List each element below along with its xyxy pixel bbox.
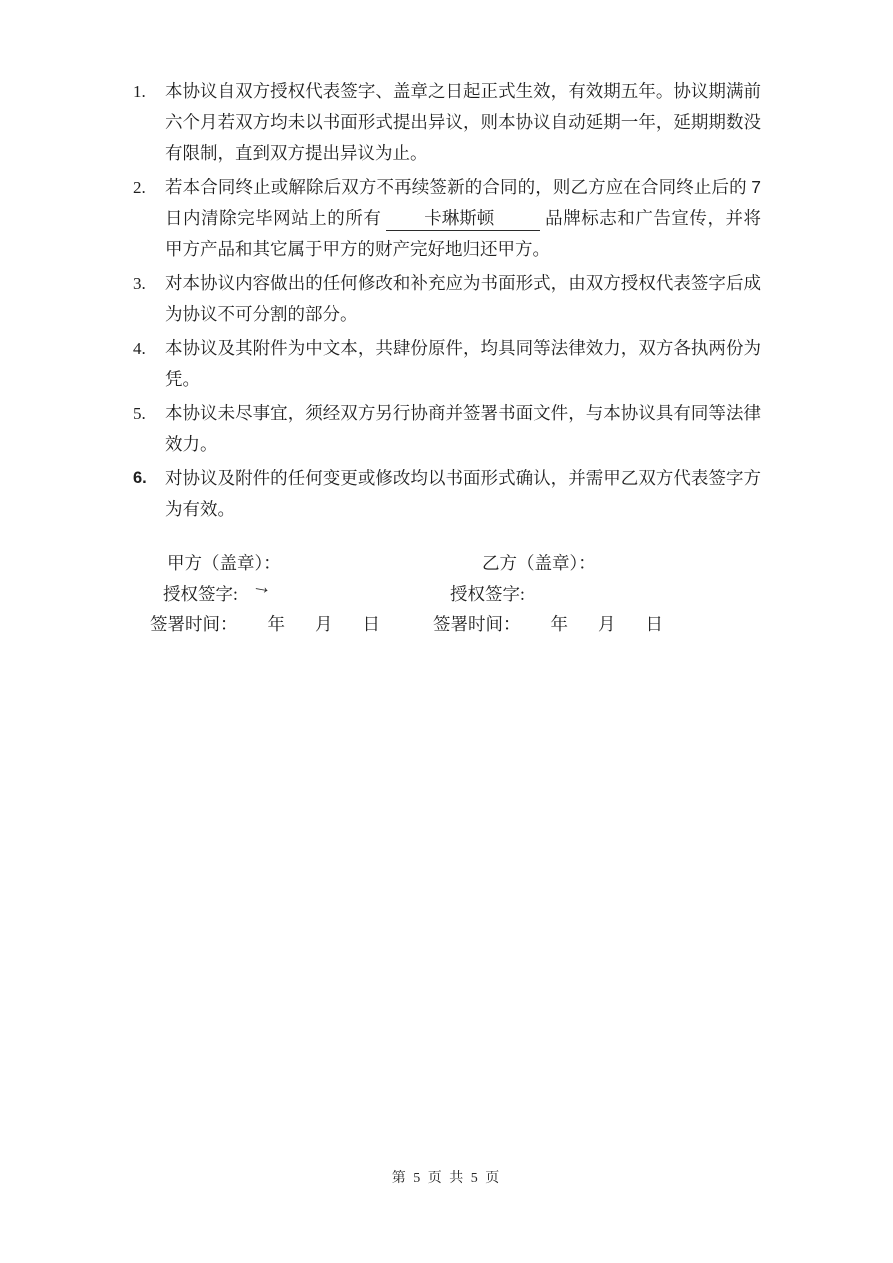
- year-label: 年: [551, 614, 569, 634]
- party-a-seal-label: 甲方（盖章）：: [167, 550, 281, 575]
- party-b-sign-label: 授权签字:: [450, 581, 525, 606]
- item-number: 2.: [133, 172, 165, 265]
- day-label: 日: [646, 614, 664, 634]
- month-label: 月: [598, 614, 616, 634]
- handwritten-arrow-mark: →: [250, 574, 274, 600]
- list-item: 6. 对协议及附件的任何变更或修改均以书面形式确认，并需甲乙双方代表签字方为有效…: [133, 463, 761, 525]
- item-text-segment: 日内清除完毕网站上的所有: [165, 208, 386, 228]
- party-a-date-row: 签署时间：年月日: [150, 611, 380, 636]
- item-text: 本协议自双方授权代表签字、盖章之日起正式生效，有效期五年。协议期满前六个月若双方…: [165, 76, 761, 169]
- signature-block: 甲方（盖章）： 乙方（盖章）： 授权签字: → 授权签字: 签署时间：年月日 签…: [0, 545, 893, 655]
- page-footer: 第 5 页 共 5 页: [0, 1167, 893, 1187]
- list-item: 1. 本协议自双方授权代表签字、盖章之日起正式生效，有效期五年。协议期满前六个月…: [133, 76, 761, 169]
- list-item: 5. 本协议未尽事宜，须经双方另行协商并签署书面文件，与本协议具有同等法律效力。: [133, 398, 761, 460]
- item-number: 3.: [133, 268, 165, 330]
- list-item: 2. 若本合同终止或解除后双方不再续签新的合同的，则乙方应在合同终止后的 7 日…: [133, 172, 761, 265]
- item-number: 4.: [133, 333, 165, 395]
- item-text: 对本协议内容做出的任何修改和补充应为书面形式，由双方授权代表签字后成为协议不可分…: [165, 268, 761, 330]
- item-text-segment: 若本合同终止或解除后双方不再续签新的合同的，则乙方应在合同终止后的: [165, 177, 751, 197]
- list-item: 4. 本协议及其附件为中文本，共肆份原件，均具同等法律效力，双方各执两份为凭。: [133, 333, 761, 395]
- brand-name-blank: 卡琳斯顿: [386, 206, 540, 231]
- item-number: 6.: [133, 463, 165, 525]
- day-label: 日: [363, 614, 381, 634]
- party-b-date-label: 签署时间：: [433, 614, 521, 634]
- party-a-date-label: 签署时间：: [150, 614, 238, 634]
- list-item: 3. 对本协议内容做出的任何修改和补充应为书面形式，由双方授权代表签字后成为协议…: [133, 268, 761, 330]
- item-text: 本协议未尽事宜，须经双方另行协商并签署书面文件，与本协议具有同等法律效力。: [165, 398, 761, 460]
- item-number: 5.: [133, 398, 165, 460]
- party-b-seal-label: 乙方（盖章）：: [482, 550, 596, 575]
- item-number: 1.: [133, 76, 165, 169]
- terms-list: 1. 本协议自双方授权代表签字、盖章之日起正式生效，有效期五年。协议期满前六个月…: [133, 76, 761, 528]
- item-text: 对协议及附件的任何变更或修改均以书面形式确认，并需甲乙双方代表签字方为有效。: [165, 463, 761, 525]
- item-text: 本协议及其附件为中文本，共肆份原件，均具同等法律效力，双方各执两份为凭。: [165, 333, 761, 395]
- item-text: 若本合同终止或解除后双方不再续签新的合同的，则乙方应在合同终止后的 7 日内清除…: [165, 172, 761, 265]
- month-label: 月: [315, 614, 333, 634]
- party-b-date-row: 签署时间：年月日: [433, 611, 663, 636]
- year-label: 年: [268, 614, 286, 634]
- party-a-sign-label: 授权签字:: [163, 581, 238, 606]
- page-indicator: 第 5 页 共 5 页: [392, 1171, 502, 1186]
- contract-page: 1. 本协议自双方授权代表签字、盖章之日起正式生效，有效期五年。协议期满前六个月…: [0, 0, 893, 1263]
- day-count-number: 7: [751, 177, 761, 197]
